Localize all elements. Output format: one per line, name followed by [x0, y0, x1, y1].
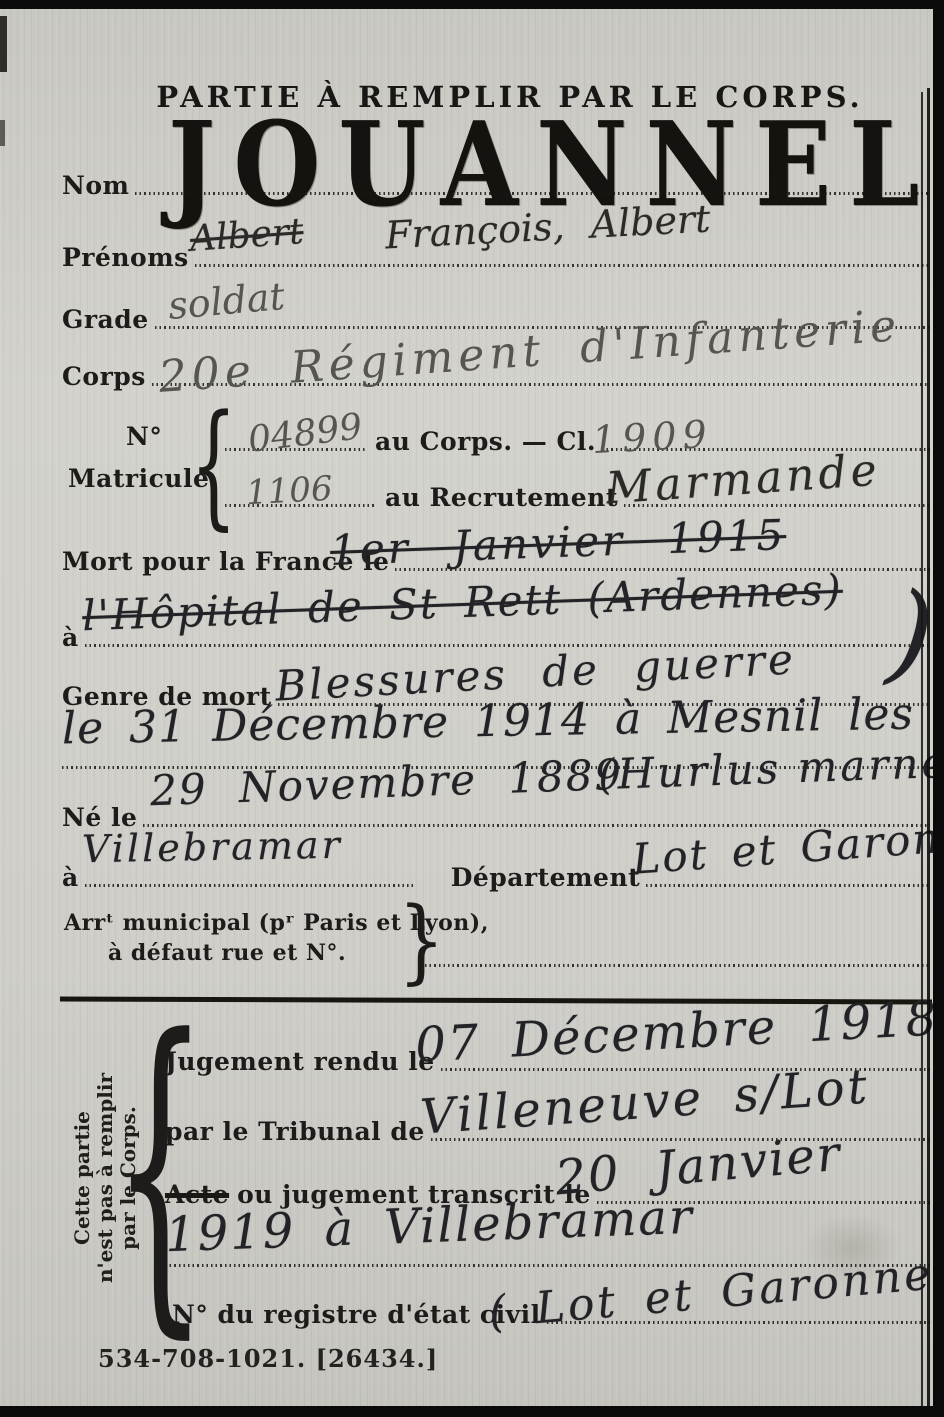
- scan-edge-bottom: [0, 1406, 944, 1417]
- grade-label: Grade: [62, 307, 149, 332]
- nom-label: Nom: [62, 173, 129, 198]
- scan-edge-top: [0, 0, 944, 9]
- closing-paren-handwriting: ): [884, 576, 938, 690]
- grade-handwriting: soldat: [167, 277, 287, 325]
- genre-continuation2-handwriting: (Hurlus marne: [597, 742, 944, 796]
- side-note-line1: Cette partie: [71, 1033, 94, 1323]
- arr-municipal-row: [425, 939, 930, 973]
- nom-dotted-line: [135, 192, 930, 195]
- page-edge-line-inner: [927, 88, 930, 1406]
- arr-municipal-dotted-line: [425, 964, 930, 967]
- naissance-lieu-dotted-line: [85, 884, 415, 887]
- field-nom: Nom: [62, 167, 930, 201]
- matricule-no-label: N°: [126, 424, 162, 449]
- paper-background: PARTIE À REMPLIR PAR LE CORPS. JOUANNEL …: [0, 0, 944, 1417]
- scan-artifact-left-top: [0, 16, 7, 72]
- mort-lieu-a-label: à: [62, 625, 79, 650]
- au-corps-label: au Corps. — Cl.: [375, 429, 596, 454]
- matricule-brace: {: [190, 408, 237, 523]
- scan-artifact-left-mid: [0, 120, 5, 146]
- prenoms-crossed-handwriting: Albert: [189, 214, 305, 258]
- mort-lieu-dotted-line: [85, 644, 930, 647]
- naissance-lieu-handwriting: Villebramar: [82, 826, 343, 869]
- bottom-section-brace: {: [112, 1022, 208, 1313]
- matricule-recrutement-handwriting: 1106: [245, 472, 333, 510]
- naissance-a-label: à: [62, 865, 79, 890]
- classe-handwriting: 1909: [591, 415, 714, 459]
- prenoms-label: Prénoms: [62, 245, 189, 270]
- prenoms-dotted-line: [195, 264, 930, 267]
- scanned-death-record-card: PARTIE À REMPLIR PAR LE CORPS. JOUANNEL …: [0, 0, 944, 1417]
- corps-label: Corps: [62, 364, 146, 389]
- departement-dotted-line: [646, 884, 930, 887]
- arr-municipal-brace: }: [398, 902, 445, 980]
- au-recrutement-label: au Recrutement: [385, 485, 618, 510]
- registre-label: N° du registre d'état civil: [172, 1302, 541, 1327]
- arr-municipal-label-line2: à défaut rue et N°.: [108, 942, 346, 964]
- page-edge-line-outer: [921, 92, 923, 1406]
- scan-edge-right: [933, 0, 944, 1417]
- departement-label: Département: [451, 865, 640, 890]
